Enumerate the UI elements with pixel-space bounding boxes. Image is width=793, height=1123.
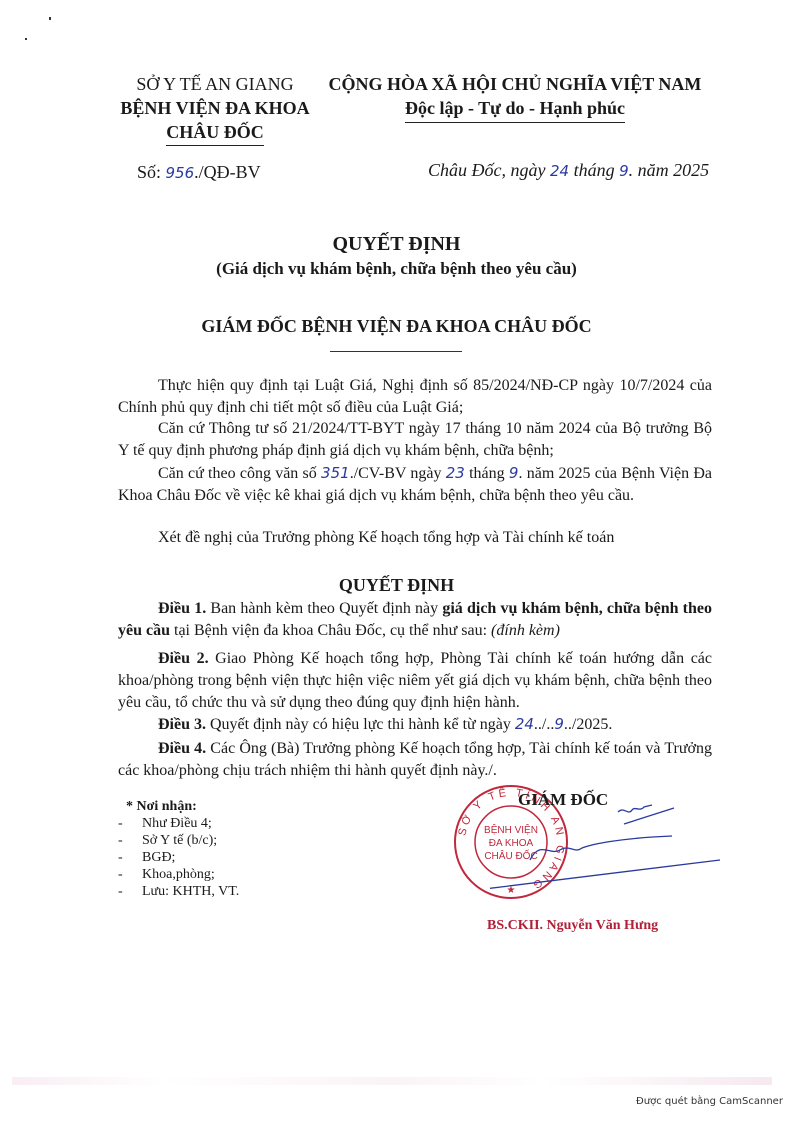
recipient-text: Như Điều 4; (142, 815, 212, 832)
date-month: 9 (619, 162, 629, 180)
article-1-attachment-note: (đính kèm) (491, 622, 560, 639)
recipient-text: BGĐ; (142, 849, 175, 866)
signer-name: BS.CKII. Nguyễn Văn Hưng (487, 918, 658, 934)
preamble-3-c: tháng (465, 465, 509, 482)
parent-agency: SỞ Y TẾ AN GIANG (100, 72, 330, 96)
recipient-item: -Sở Y tế (b/c); (118, 832, 239, 849)
article-3: Điều 3. Quyết định này có hiệu lực thi h… (118, 713, 712, 736)
article-2: Điều 2. Giao Phòng Kế hoạch tổng hợp, Ph… (118, 648, 712, 714)
date-mid: tháng (569, 160, 619, 180)
preamble-text-2: Căn cứ Thông tư số 21/2024/TT-BYT ngày 1… (118, 420, 712, 459)
article-3-text: Quyết định này có hiệu lực thi hành kể t… (206, 716, 515, 733)
hospital-name-line2: CHÂU ĐỐC (166, 120, 264, 146)
doc-number-suffix: ./QĐ-BV (194, 162, 261, 182)
effective-day-handwritten: 24 (515, 715, 534, 733)
preamble-text-1: Thực hiện quy định tại Luật Giá, Nghị đị… (118, 377, 712, 416)
national-motto: Độc lập - Tự do - Hạnh phúc (405, 96, 625, 123)
preamble-paragraph-3: Căn cứ theo công văn số 351./CV-BV ngày … (118, 462, 712, 507)
recipient-item: -Lưu: KHTH, VT. (118, 883, 239, 900)
document-subtitle: (Giá dịch vụ khám bệnh, chữa bệnh theo y… (0, 259, 793, 279)
scan-edge-band (12, 1077, 772, 1085)
date-day: 24 (550, 162, 569, 180)
article-1-text-b: tại Bệnh viện đa khoa Châu Đốc, cụ thể n… (170, 622, 491, 639)
date-prefix: Châu Đốc, ngày (428, 160, 550, 180)
title-divider (330, 351, 462, 352)
recipients-heading: * Nơi nhận: (118, 798, 239, 815)
hospital-name-line1: BỆNH VIỆN ĐA KHOA (100, 96, 330, 120)
article-1-text-a: Ban hành kèm theo Quyết định này (206, 600, 442, 617)
recipient-text: Lưu: KHTH, VT. (142, 883, 239, 900)
article-2-label: Điều 2. (158, 650, 209, 667)
scan-speck (25, 38, 27, 40)
article-3-label: Điều 3. (158, 716, 206, 733)
article-4: Điều 4. Các Ông (Bà) Trưởng phòng Kế hoạ… (118, 738, 712, 782)
signature-icon (490, 790, 730, 900)
article-4-text: Các Ông (Bà) Trưởng phòng Kế hoạch tổng … (118, 740, 712, 779)
doc-number-handwritten: 956 (166, 164, 195, 182)
ref-day-handwritten: 23 (446, 464, 465, 482)
effective-sep: ../.. (534, 716, 554, 733)
scanner-watermark: Được quét bằng CamScanner (636, 1096, 783, 1107)
article-1-label: Điều 1. (158, 600, 206, 617)
date-line: Châu Đốc, ngày 24 tháng 9. năm 2025 (428, 160, 709, 181)
recipient-item: -Khoa,phòng; (118, 866, 239, 883)
preamble-text-4: Xét đề nghị của Trưởng phòng Kế hoạch tổ… (158, 529, 614, 546)
recipient-text: Khoa,phòng; (142, 866, 215, 883)
article-1: Điều 1. Ban hành kèm theo Quyết định này… (118, 598, 712, 642)
issuing-agency: SỞ Y TẾ AN GIANG BỆNH VIỆN ĐA KHOA CHÂU … (100, 72, 330, 146)
country-name: CỘNG HÒA XÃ HỘI CHỦ NGHĨA VIỆT NAM (305, 72, 725, 96)
document-number: Số: 956./QĐ-BV (137, 162, 261, 183)
recipients-block: * Nơi nhận: -Như Điều 4; -Sở Y tế (b/c);… (118, 798, 239, 900)
recipient-text: Sở Y tế (b/c); (142, 832, 217, 849)
doc-number-prefix: Số: (137, 162, 166, 182)
decision-heading: QUYẾT ĐỊNH (0, 575, 793, 596)
preamble-paragraph-1: Thực hiện quy định tại Luật Giá, Nghị đị… (118, 375, 712, 419)
preamble-3-a: Căn cứ theo công văn số (158, 465, 321, 482)
recipient-item: -Như Điều 4; (118, 815, 239, 832)
issuing-authority: GIÁM ĐỐC BỆNH VIỆN ĐA KHOA CHÂU ĐỐC (0, 316, 793, 337)
preamble-paragraph-4: Xét đề nghị của Trưởng phòng Kế hoạch tổ… (118, 527, 712, 549)
scan-speck (49, 17, 51, 20)
ref-number-handwritten: 351 (321, 464, 350, 482)
date-suffix: . năm 2025 (629, 160, 710, 180)
preamble-3-b: ./CV-BV ngày (350, 465, 446, 482)
national-title: CỘNG HÒA XÃ HỘI CHỦ NGHĨA VIỆT NAM Độc l… (305, 72, 725, 123)
document-type-title: QUYẾT ĐỊNH (0, 233, 793, 256)
effective-month-handwritten: 9 (554, 715, 564, 733)
article-4-label: Điều 4. (158, 740, 206, 757)
recipient-item: -BGĐ; (118, 849, 239, 866)
preamble-paragraph-2: Căn cứ Thông tư số 21/2024/TT-BYT ngày 1… (118, 418, 712, 462)
effective-year: ../2025. (564, 716, 612, 733)
